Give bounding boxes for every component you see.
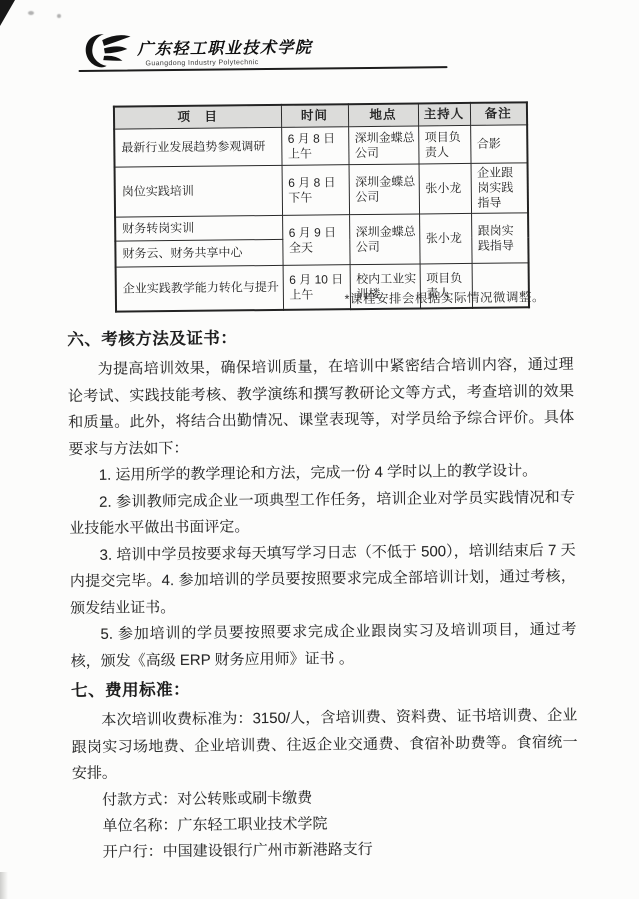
col-header-remark: 备注	[470, 102, 527, 125]
col-header-item: 项 目	[114, 105, 281, 129]
training-schedule-table: 项 目 时间 地点 主持人 备注 最新行业发展趋势参观调研 6 月 8 日上午 …	[113, 101, 530, 312]
section-title-assessment: 六、考核方法及证书：	[67, 324, 573, 351]
table-row: 财务转岗实训 6 月 9 日全天 深圳金蝶总公司 张小龙 跟岗实践指导	[115, 213, 528, 241]
cell-item: 财务云、财务共享中心	[115, 239, 282, 267]
cell-item: 岗位实践培训	[115, 165, 283, 217]
cell-time: 6 月 8 日上午	[281, 127, 348, 166]
college-name-cn: 广东轻工职业技术学院	[137, 40, 312, 59]
cell-host: 项目负责人	[418, 125, 470, 164]
cell-item: 财务转岗实训	[115, 215, 282, 241]
col-header-place: 地点	[348, 103, 418, 126]
section-title-fee: 七、费用标准：	[71, 675, 577, 702]
cell-remark: 跟岗实践指导	[471, 213, 529, 264]
cell-time: 6 月 9 日全天	[282, 215, 350, 266]
college-logo: 广东轻工职业技术学院 Guangdong Industry Polytechni…	[82, 30, 312, 72]
college-name-en: Guangdong Industry Polytechnic	[137, 59, 312, 68]
cell-place: 深圳金蝶总公司	[349, 214, 420, 265]
college-logo-text: 广东轻工职业技术学院 Guangdong Industry Polytechni…	[137, 30, 312, 68]
scanned-document-page: 广东轻工职业技术学院 Guangdong Industry Polytechni…	[0, 0, 639, 899]
cell-remark: 企业跟岗实践指导	[471, 163, 529, 214]
cell-place: 深圳金蝶总公司	[349, 164, 420, 215]
cell-place: 深圳金蝶总公司	[348, 126, 418, 165]
table-row: 岗位实践培训 6 月 8 日下午 深圳金蝶总公司 张小龙 企业跟岗实践指导	[115, 163, 529, 217]
document-body: 六、考核方法及证书： 为提高培训效果，确保培训质量，在培训中紧密结合培训内容，通…	[67, 324, 579, 866]
cell-remark: 合影	[470, 125, 527, 164]
col-header-time: 时间	[281, 104, 348, 127]
bank-line: 开户行：中国建设银行广州市新港路支行	[73, 834, 579, 865]
cell-host: 张小龙	[419, 213, 472, 264]
cell-host: 张小龙	[419, 163, 472, 214]
assessment-item-2: 2. 参训教师完成企业一项典型工作任务，培训企业对学员实践情况和专业技能水平做出…	[69, 484, 576, 542]
table-row: 最新行业发展趋势参观调研 6 月 8 日上午 深圳金蝶总公司 项目负责人 合影	[114, 125, 527, 167]
cell-time: 6 月 8 日下午	[282, 165, 350, 216]
bird-swoosh-logo-icon	[82, 31, 132, 72]
fee-intro: 本次培训收费标准为：3150/人，含培训费、资料费、证书培训费、企业跟岗实习场地…	[71, 703, 578, 788]
cell-item: 最新行业发展趋势参观调研	[114, 127, 281, 167]
col-header-host: 主持人	[418, 103, 470, 126]
table-footnote: *课程安排会根据实际情况微调整。	[243, 287, 545, 308]
assessment-item-5: 5. 参加培训的学员要按照要求完成企业跟岗实习及培训项目，通过考核，颁发《高级 …	[70, 617, 577, 675]
assessment-intro: 为提高培训效果，确保培训质量，在培训中紧密结合培训内容，通过理论考试、实践技能考…	[68, 352, 575, 463]
scan-edge-smudge	[0, 872, 8, 899]
assessment-item-3: 3. 培训中学员按要求每天填写学习日志（不低于 500），培训结束后 7 天内提…	[69, 537, 576, 622]
